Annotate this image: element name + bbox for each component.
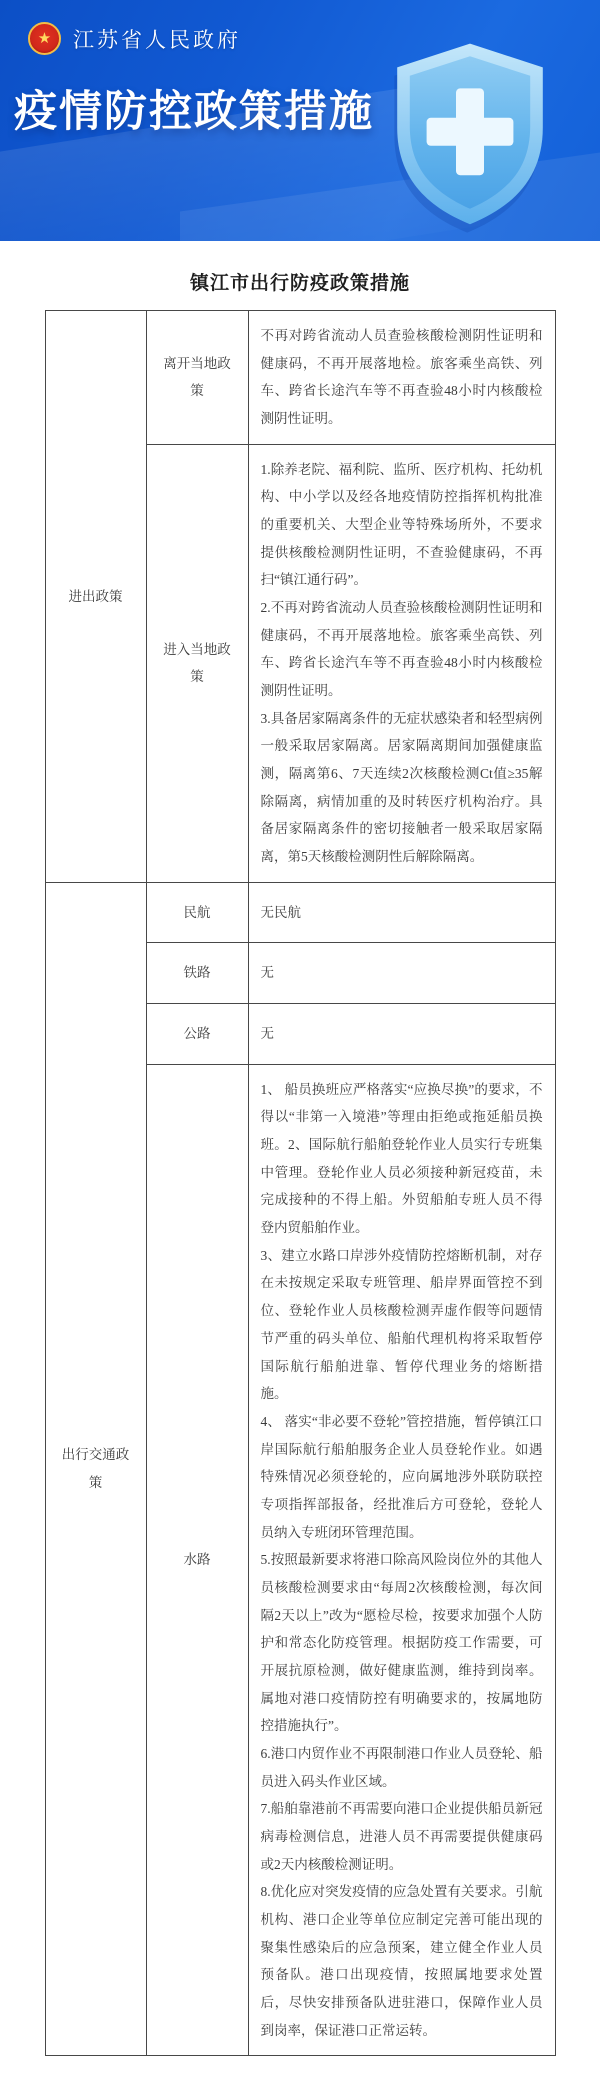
banner-title: 疫情防控政策措施	[14, 78, 374, 139]
policy-text-cell: 1、 船员换班应严格落实“应换尽换”的要求，不得以“非第一入境港”等理由拒绝或拖…	[248, 1064, 555, 2056]
policy-text-cell: 无	[248, 1004, 555, 1065]
policy-text-cell: 不再对跨省流动人员查验核酸检测阴性证明和健康码，不再开展落地检。旅客乘坐高铁、列…	[248, 311, 555, 445]
subcategory-cell-waterway: 水路	[146, 1064, 248, 2056]
category-cell-transport: 出行交通政策	[45, 882, 146, 2056]
page: ★ 江苏省人民政府 疫情防控政策措施	[0, 0, 600, 2086]
policy-text-cell: 无	[248, 943, 555, 1004]
banner: ★ 江苏省人民政府 疫情防控政策措施	[0, 0, 600, 241]
policy-paragraph: 无民航	[261, 899, 543, 927]
policy-paragraph: 7.船舶靠港前不再需要向港口企业提供船员新冠病毒检测信息，进港人员不再需要提供健…	[261, 1795, 543, 1878]
policy-paragraph: 4、 落实“非必要不登轮”管控措施，暂停镇江口岸国际航行船舶服务企业人员登轮作业…	[261, 1408, 543, 1546]
policy-paragraph: 3.具备居家隔离条件的无症状感染者和轻型病例一般采取居家隔离。居家隔离期间加强健…	[261, 705, 543, 871]
gov-name: 江苏省人民政府	[73, 24, 241, 54]
table-row: 出行交通政策 民航 无民航	[45, 882, 555, 943]
page-title: 镇江市出行防疫政策措施	[0, 268, 600, 295]
policy-paragraph: 2.不再对跨省流动人员查验核酸检测阴性证明和健康码，不再开展落地检。旅客乘坐高铁…	[261, 594, 543, 705]
policy-paragraph: 8.优化应对突发疫情的应急处置有关要求。引航机构、港口企业等单位应制定完善可能出…	[261, 1878, 543, 2044]
policy-paragraph: 1、 船员换班应严格落实“应换尽换”的要求，不得以“非第一入境港”等理由拒绝或拖…	[261, 1076, 543, 1242]
policy-paragraph: 6.港口内贸作业不再限制港口作业人员登轮、船员进入码头作业区域。	[261, 1740, 543, 1795]
policy-paragraph: 不再对跨省流动人员查验核酸检测阴性证明和健康码，不再开展落地检。旅客乘坐高铁、列…	[261, 322, 543, 433]
subcategory-cell-civil-aviation: 民航	[146, 882, 248, 943]
policy-paragraph: 1.除养老院、福利院、监所、医疗机构、托幼机构、中小学以及经各地疫情防控指挥机构…	[261, 456, 543, 594]
policy-paragraph: 3、建立水路口岸涉外疫情防控熔断机制，对存在未按规定采取专班管理、船岸界面管控不…	[261, 1242, 543, 1408]
gov-header: ★ 江苏省人民政府	[28, 22, 241, 55]
policy-paragraph: 无	[261, 959, 543, 987]
policy-text-cell: 无民航	[248, 882, 555, 943]
policy-paragraph: 无	[261, 1020, 543, 1048]
table-row: 进出政策 离开当地政策 不再对跨省流动人员查验核酸检测阴性证明和健康码，不再开展…	[45, 311, 555, 445]
subcategory-cell-railway: 铁路	[146, 943, 248, 1004]
shield-cross-icon	[386, 38, 554, 234]
china-national-emblem-icon: ★	[28, 22, 61, 55]
category-cell-entry-exit: 进出政策	[45, 311, 146, 883]
policy-table: 进出政策 离开当地政策 不再对跨省流动人员查验核酸检测阴性证明和健康码，不再开展…	[45, 310, 556, 2056]
subcategory-cell-leave-policy: 离开当地政策	[146, 311, 248, 445]
policy-paragraph: 5.按照最新要求将港口除高风险岗位外的其他人员核酸检测要求由“每周2次核酸检测，…	[261, 1546, 543, 1740]
subcategory-cell-enter-policy: 进入当地政策	[146, 444, 248, 882]
policy-text-cell: 1.除养老院、福利院、监所、医疗机构、托幼机构、中小学以及经各地疫情防控指挥机构…	[248, 444, 555, 882]
subcategory-cell-highway: 公路	[146, 1004, 248, 1065]
